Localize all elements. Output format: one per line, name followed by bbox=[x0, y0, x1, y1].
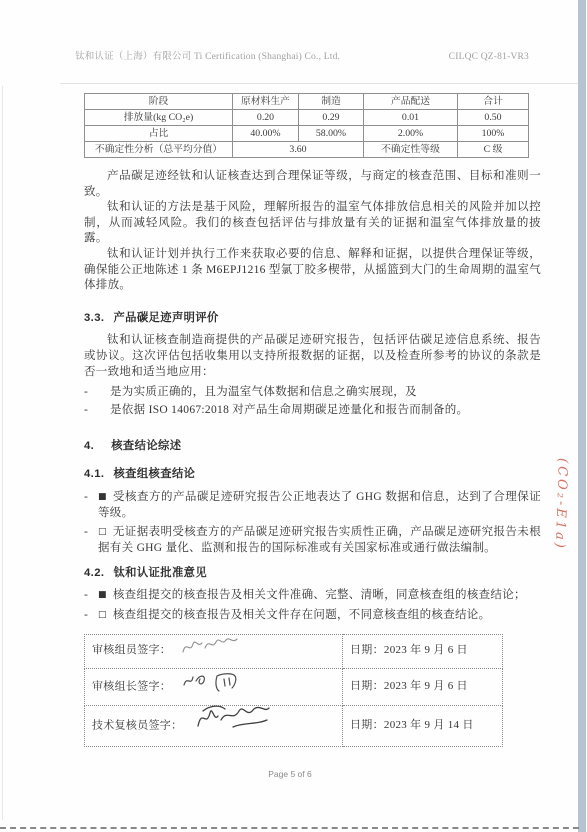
scan-edge-strip bbox=[578, 0, 586, 832]
paragraph: 钛和认证的方法是基于风险，理解所报告的温室气体排放信息相关的风险并加以控制，从而… bbox=[84, 200, 541, 247]
table-row-uncertainty: 不确定性分析（总平均分值） 3.60 不确定性等级 C 级 bbox=[85, 142, 529, 158]
approval-list: - ■核查组提交的核查报告及相关文件准确、完整、清晰，同意核查组的核查结论； -… bbox=[84, 588, 541, 624]
heading-number: 4. bbox=[84, 439, 94, 455]
uncertainty-grade-label: 不确定性等级 bbox=[364, 142, 458, 158]
scan-edge-line-left bbox=[2, 86, 3, 820]
col-header-distribution: 产品配送 bbox=[364, 94, 458, 110]
heading-number: 4.2. bbox=[84, 566, 104, 582]
cell-value: 40.00% bbox=[233, 126, 299, 142]
conclusion-list: - ■受核查方的产品碳足迹研究报告公正地表达了 GHG 数据和信息，达到了合理保… bbox=[84, 490, 541, 557]
checkbox-empty-icon: □ bbox=[98, 610, 107, 620]
checkbox-empty-icon: □ bbox=[98, 527, 107, 537]
lead-auditor-signature-scribble bbox=[179, 669, 245, 695]
page-header: 钛和认证（上海）有限公司 Ti Certification (Shanghai)… bbox=[75, 48, 529, 62]
cell-value: 0.20 bbox=[233, 110, 299, 126]
criteria-list: - 是为实质正确的，且为温室气体数据和信息之确实展现，及 - 是依据 ISO 1… bbox=[84, 385, 541, 418]
dash-bullet: - bbox=[84, 403, 110, 419]
signature-date: 日期：2023 年 9 月 6 日 bbox=[343, 668, 503, 705]
uncertainty-grade: C 级 bbox=[458, 142, 529, 158]
heading-title: 钛和认证批准意见 bbox=[113, 566, 207, 582]
emissions-summary-table: 阶段 原材料生产 制造 产品配送 合计 排放量(kg CO₂e) 0.20 0.… bbox=[84, 93, 529, 158]
heading-number: 4.1. bbox=[84, 467, 104, 483]
dash-bullet: - bbox=[84, 385, 110, 401]
header-company: 钛和认证（上海）有限公司 Ti Certification (Shanghai)… bbox=[75, 48, 340, 62]
heading-number: 3.3. bbox=[84, 311, 104, 327]
section-heading-4-2: 4.2. 钛和认证批准意见 bbox=[84, 566, 541, 582]
list-item-text: 是为实质正确的，且为温室气体数据和信息之确实展现，及 bbox=[110, 385, 541, 401]
dash-bullet: - bbox=[84, 608, 98, 625]
technical-reviewer-signature-scribble bbox=[188, 700, 272, 736]
red-margin-annotation: (CO₂-E1a) bbox=[551, 458, 570, 570]
row-label: 不确定性分析（总平均分值） bbox=[85, 142, 233, 158]
cell-value: 100% bbox=[458, 126, 529, 142]
list-item: - ■受核查方的产品碳足迹研究报告公正地表达了 GHG 数据和信息，达到了合理保… bbox=[84, 490, 541, 522]
col-header-stage: 阶段 bbox=[85, 94, 233, 110]
dash-bullet: - bbox=[84, 525, 98, 557]
cell-value: 0.50 bbox=[458, 110, 529, 126]
dash-bullet: - bbox=[84, 490, 98, 522]
cell-value: 58.00% bbox=[299, 126, 364, 142]
list-item-text: □无证据表明受核查方的产品碳足迹研究报告实质性正确，产品碳足迹研究报告未根据有关… bbox=[98, 525, 541, 557]
heading-title: 产品碳足迹声明评价 bbox=[113, 311, 218, 327]
scanned-document-page: 钛和认证（上海）有限公司 Ti Certification (Shanghai)… bbox=[0, 0, 587, 832]
table-header-row: 阶段 原材料生产 制造 产品配送 合计 bbox=[85, 94, 529, 110]
scan-edge-line-bottom bbox=[0, 827, 579, 829]
signature-label: 审核组长签字： bbox=[92, 680, 171, 692]
paragraph: 产品碳足迹经钛和认证核查达到合理保证等级，与商定的核查范围、目标和准则一致。 bbox=[84, 169, 541, 200]
list-item: - □无证据表明受核查方的产品碳足迹研究报告实质性正确，产品碳足迹研究报告未根据… bbox=[84, 525, 541, 557]
auditor-signature-scribble bbox=[179, 634, 243, 658]
header-company-en: Ti Certification (Shanghai) Co., Ltd. bbox=[194, 52, 340, 62]
checkbox-filled-icon: ■ bbox=[98, 590, 107, 600]
paragraph: 钛和认证计划并执行工作来获取必要的信息、解释和证据，以提供合理保证等级，确保能公… bbox=[84, 247, 541, 294]
cell-value: 2.00% bbox=[364, 126, 458, 142]
section-heading-4: 4. 核查结论综述 bbox=[84, 439, 541, 455]
signature-date: 日期：2023 年 9 月 14 日 bbox=[343, 705, 503, 746]
row-label: 排放量(kg CO₂e) bbox=[85, 110, 233, 126]
heading-title: 核查结论综述 bbox=[111, 439, 181, 455]
cell-value: 0.29 bbox=[299, 110, 364, 126]
section-heading-3-3: 3.3. 产品碳足迹声明评价 bbox=[84, 311, 541, 327]
table-row: 审核组长签字： 日期：2023 年 9 月 6 日 bbox=[85, 668, 503, 705]
table-row: 审核组员签字： 日期：2023 年 9 月 6 日 bbox=[85, 634, 503, 668]
signature-cell-technical-reviewer: 技术复核员签字： bbox=[85, 705, 343, 746]
col-header-total: 合计 bbox=[458, 94, 529, 110]
list-item-text: 是依据 ISO 14067:2018 对产品生命周期碳足迹量化和报告而制备的。 bbox=[110, 403, 541, 419]
header-company-cn: 钛和认证（上海）有限公司 bbox=[75, 52, 191, 62]
section-heading-4-1: 4.1. 核查组核查结论 bbox=[84, 467, 541, 483]
list-item: - 是依据 ISO 14067:2018 对产品生命周期碳足迹量化和报告而制备的… bbox=[84, 403, 541, 419]
table-row-share: 占比 40.00% 58.00% 2.00% 100% bbox=[85, 126, 529, 142]
list-item: - ■核查组提交的核查报告及相关文件准确、完整、清晰，同意核查组的核查结论； bbox=[84, 588, 541, 605]
signature-table: 审核组员签字： 日期：2023 年 9 月 6 日 审核组长签字： 日期：202… bbox=[84, 634, 503, 747]
paragraph: 钛和认证核查制造商提供的产品碳足迹研究报告，包括评估碳足迹信息系统、报告或协议。… bbox=[84, 333, 541, 380]
signature-cell-auditor: 审核组员签字： bbox=[85, 634, 343, 668]
col-header-raw-material: 原材料生产 bbox=[233, 94, 299, 110]
table-row-emissions: 排放量(kg CO₂e) 0.20 0.29 0.01 0.50 bbox=[85, 110, 529, 126]
list-item: - 是为实质正确的，且为温室气体数据和信息之确实展现，及 bbox=[84, 385, 541, 401]
heading-title: 核查组核查结论 bbox=[113, 467, 195, 483]
header-doc-code: CILQC QZ-81-VR3 bbox=[449, 52, 529, 62]
signature-label: 技术复核员签字： bbox=[92, 719, 182, 731]
list-item: - □核查组提交的核查报告及相关文件存在问题，不同意核查组的核查结论。 bbox=[84, 608, 541, 625]
list-item-text: ■核查组提交的核查报告及相关文件准确、完整、清晰，同意核查组的核查结论； bbox=[98, 588, 541, 605]
list-item-text: ■受核查方的产品碳足迹研究报告公正地表达了 GHG 数据和信息，达到了合理保证等… bbox=[98, 490, 541, 522]
table-row: 技术复核员签字： 日期：2023 年 9 月 14 日 bbox=[85, 705, 503, 746]
col-header-manufacturing: 制造 bbox=[299, 94, 364, 110]
cell-value: 0.01 bbox=[364, 110, 458, 126]
page-number-footer: Page 5 of 6 bbox=[0, 769, 580, 779]
dash-bullet: - bbox=[84, 588, 98, 605]
header-divider bbox=[60, 83, 578, 84]
signature-date: 日期：2023 年 9 月 6 日 bbox=[343, 634, 503, 668]
signature-label: 审核组员签字： bbox=[92, 644, 171, 656]
row-label: 占比 bbox=[85, 126, 233, 142]
document-body: 阶段 原材料生产 制造 产品配送 合计 排放量(kg CO₂e) 0.20 0.… bbox=[84, 93, 541, 747]
list-item-text: □核查组提交的核查报告及相关文件存在问题，不同意核查组的核查结论。 bbox=[98, 608, 541, 625]
checkbox-filled-icon: ■ bbox=[98, 492, 107, 502]
uncertainty-score: 3.60 bbox=[233, 142, 364, 158]
